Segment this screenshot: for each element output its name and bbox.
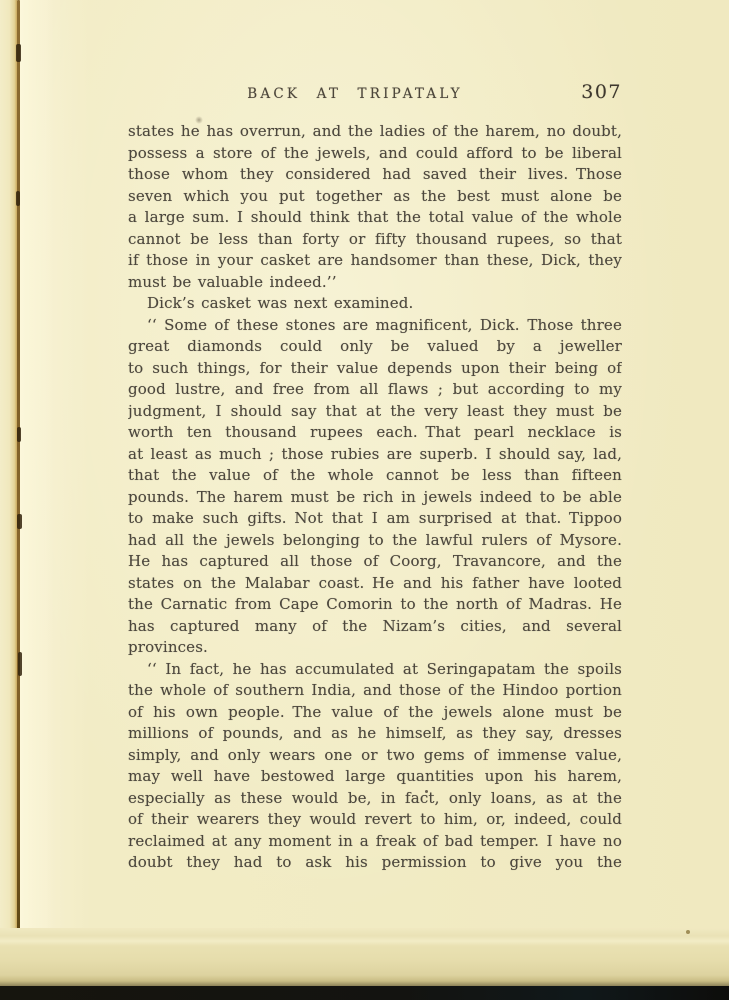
text-line: doubt they had to ask his permission to … <box>128 852 622 874</box>
text-line: ‘‘ In fact, he has accumulated at Sering… <box>128 659 622 681</box>
text-line: those whom they considered had saved the… <box>128 164 622 186</box>
book-board-edge <box>0 986 729 1000</box>
stacked-page-edges <box>0 928 729 986</box>
gutter-ink-speck <box>16 44 21 62</box>
text-line: had all the jewels belonging to the lawf… <box>128 530 622 552</box>
text-line: millions of pounds, and as he himself, a… <box>128 723 622 745</box>
text-line: the whole of southern India, and those o… <box>128 680 622 702</box>
text-line: a large sum. I should think that the tot… <box>128 207 622 229</box>
text-line: of their wearers they would revert to hi… <box>128 809 622 831</box>
text-line: at least as much ; those rubies are supe… <box>128 444 622 466</box>
page-header: BACK AT TRIPATALY 307 <box>128 86 622 108</box>
text-line: Dick’s casket was next examined. <box>128 293 622 315</box>
paper-speck <box>686 930 690 934</box>
text-line: ‘‘ Some of these stones are magnificent,… <box>128 315 622 337</box>
text-line: to such things, for their value depends … <box>128 358 622 380</box>
paper-smudge <box>195 116 203 124</box>
text-line: may well have bestowed large quantities … <box>128 766 622 788</box>
text-line: if those in your casket are handsomer th… <box>128 250 622 272</box>
text-line: must be valuable indeed.’’ <box>128 272 622 294</box>
text-line: judgment, I should say that at the very … <box>128 401 622 423</box>
text-line: states he has overrun, and the ladies of… <box>128 121 622 143</box>
gutter-ink-speck <box>18 652 22 676</box>
text-line: pounds. The harem must be rich in jewels… <box>128 487 622 509</box>
page-text-block: states he has overrun, and the ladies of… <box>128 121 622 874</box>
text-line: worth ten thousand rupees each. That pea… <box>128 422 622 444</box>
gutter-ink-speck <box>16 191 20 206</box>
gutter-ink-speck <box>17 514 22 529</box>
text-line: seven which you put together as the best… <box>128 186 622 208</box>
text-line: cannot be less than forty or fifty thous… <box>128 229 622 251</box>
text-line: possess a store of the jewels, and could… <box>128 143 622 165</box>
text-line: of his own people. The value of the jewe… <box>128 702 622 724</box>
text-line: that the value of the whole cannot be le… <box>128 465 622 487</box>
running-header: BACK AT TRIPATALY <box>128 86 582 102</box>
text-line: good lustre, and free from all flaws ; b… <box>128 379 622 401</box>
page-number: 307 <box>581 81 622 103</box>
text-line: He has captured all those of Coorg, Trav… <box>128 551 622 573</box>
text-line: reclaimed at any moment in a freak of ba… <box>128 831 622 853</box>
text-line: has captured many of the Nizam’s cities,… <box>128 616 622 638</box>
binding-gutter-shadow <box>0 0 17 1000</box>
text-line: especially as these would be, in fact, o… <box>128 788 622 810</box>
gutter-highlight <box>20 0 54 1000</box>
paper-speck <box>425 790 428 793</box>
text-line: simply, and only wears one or two gems o… <box>128 745 622 767</box>
text-line: provinces. <box>128 637 622 659</box>
book-page-scan: BACK AT TRIPATALY 307 states he has over… <box>0 0 729 1000</box>
text-line: the Carnatic from Cape Comorin to the no… <box>128 594 622 616</box>
gutter-ink-speck <box>17 427 21 442</box>
text-line: states on the Malabar coast. He and his … <box>128 573 622 595</box>
text-line: great diamonds could only be valued by a… <box>128 336 622 358</box>
text-line: to make such gifts. Not that I am surpri… <box>128 508 622 530</box>
